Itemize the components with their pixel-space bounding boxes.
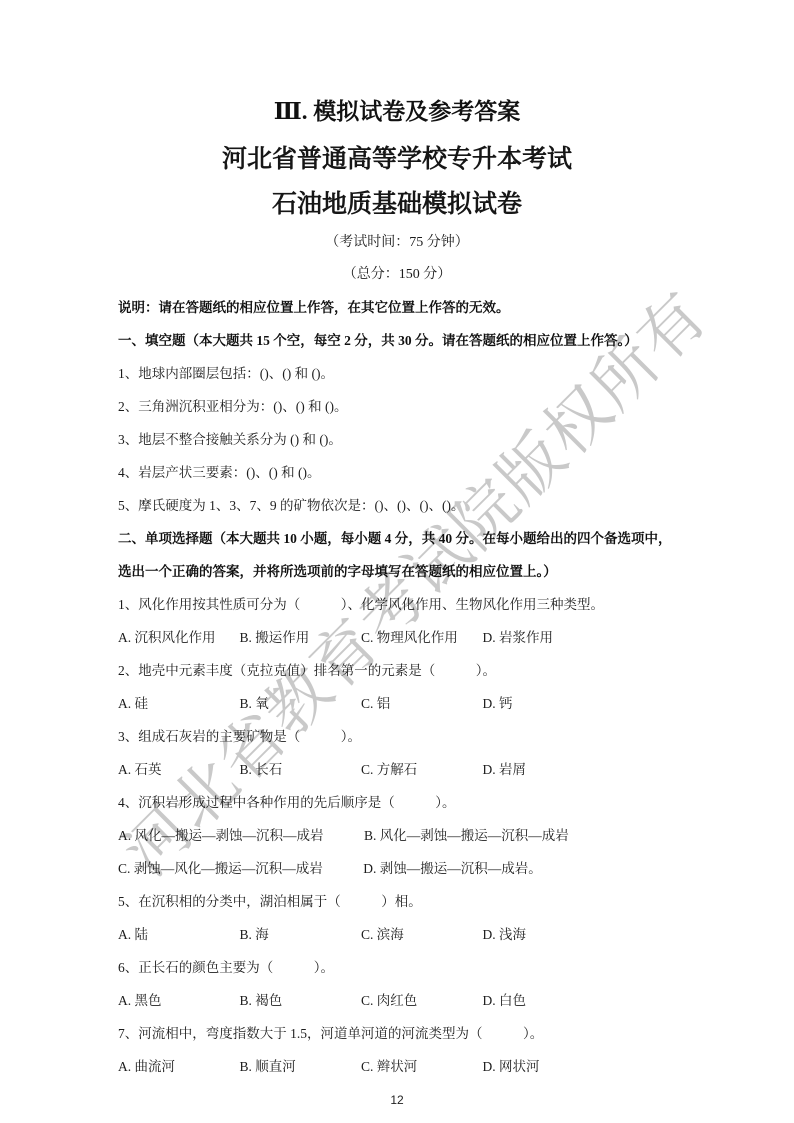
option: C. 肉红色 <box>361 984 469 1017</box>
exam-name: 河北省普通高等学校专升本考试 <box>118 144 676 174</box>
option: C. 辫状河 <box>361 1050 469 1083</box>
question-line: 1、地球内部圈层包括：()、() 和 ()。 <box>118 357 676 390</box>
option: A. 陆 <box>118 918 226 951</box>
option: A. 硅 <box>118 687 226 720</box>
option: A. 风化—搬运—剥蚀—沉积—成岩 <box>118 819 324 852</box>
option: C. 滨海 <box>361 918 469 951</box>
option: B. 长石 <box>240 753 348 786</box>
total-score: （总分：150 分） <box>118 265 676 285</box>
section-heading: 选出一个正确的答案，并将所选项前的字母填写在答题纸的相应位置上。） <box>118 555 676 588</box>
option: A. 曲流河 <box>118 1050 226 1083</box>
question-line: 6、正长石的颜色主要为（ ）。 <box>118 951 676 984</box>
options-row: C. 剥蚀—风化—搬运—沉积—成岩D. 剥蚀—搬运—沉积—成岩。 <box>118 852 676 885</box>
option: C. 方解石 <box>361 753 469 786</box>
option: B. 顺直河 <box>240 1050 348 1083</box>
option: B. 海 <box>240 918 348 951</box>
option: B. 风化—剥蚀—搬运—沉积—成岩 <box>364 819 569 852</box>
question-line: 2、三角洲沉积亚相分为：()、() 和 ()。 <box>118 390 676 423</box>
question-line: 4、沉积岩形成过程中各种作用的先后顺序是（ ）。 <box>118 786 676 819</box>
question-line: 7、河流相中，弯度指数大于 1.5，河道单河道的河流类型为（ ）。 <box>118 1017 676 1050</box>
option: D. 钙 <box>483 687 591 720</box>
question-line: 3、地层不整合接触关系分为 () 和 ()。 <box>118 423 676 456</box>
question-line: 1、风化作用按其性质可分为（ ）、化学风化作用、生物风化作用三种类型。 <box>118 588 676 621</box>
option: A. 沉积风化作用 <box>118 621 226 654</box>
section-heading: 二、单项选择题（本大题共 10 小题，每小题 4 分，共 40 分。在每小题给出… <box>118 522 676 555</box>
section-title: Ⅲ. 模拟试卷及参考答案 <box>118 0 676 126</box>
question-line: 4、岩层产状三要素：()、() 和 ()。 <box>118 456 676 489</box>
options-row: A. 风化—搬运—剥蚀—沉积—成岩B. 风化—剥蚀—搬运—沉积—成岩 <box>118 819 676 852</box>
options-row: A. 沉积风化作用B. 搬运作用C. 物理风化作用D. 岩浆作用 <box>118 621 676 654</box>
page-number: 12 <box>118 1093 676 1107</box>
option: C. 剥蚀—风化—搬运—沉积—成岩 <box>118 852 323 885</box>
option: D. 浅海 <box>483 918 591 951</box>
option: D. 岩屑 <box>483 753 591 786</box>
options-row: A. 石英B. 长石C. 方解石D. 岩屑 <box>118 753 676 786</box>
page-content: Ⅲ. 模拟试卷及参考答案 河北省普通高等学校专升本考试 石油地质基础模拟试卷 （… <box>0 0 794 1107</box>
paper-title: 石油地质基础模拟试卷 <box>118 189 676 219</box>
question-line: 3、组成石灰岩的主要矿物是（ ）。 <box>118 720 676 753</box>
options-row: A. 陆B. 海C. 滨海D. 浅海 <box>118 918 676 951</box>
option: D. 白色 <box>483 984 591 1017</box>
option: B. 氧 <box>240 687 348 720</box>
option: C. 物理风化作用 <box>361 621 469 654</box>
section-heading: 一、填空题（本大题共 15 个空，每空 2 分，共 30 分。请在答题纸的相应位… <box>118 324 676 357</box>
question-line: 5、摩氏硬度为 1、3、7、9 的矿物依次是：()、()、()、()。 <box>118 489 676 522</box>
option: D. 网状河 <box>483 1050 591 1083</box>
option: D. 岩浆作用 <box>483 621 591 654</box>
question-body: 说明：请在答题纸的相应位置上作答，在其它位置上作答的无效。一、填空题（本大题共 … <box>118 291 676 1083</box>
question-line: 2、地壳中元素丰度（克拉克值）排名第一的元素是（ ）。 <box>118 654 676 687</box>
exam-paper-page: 河北省教育考试院版权所有 Ⅲ. 模拟试卷及参考答案 河北省普通高等学校专升本考试… <box>0 0 794 1123</box>
option: A. 黑色 <box>118 984 226 1017</box>
option: D. 剥蚀—搬运—沉积—成岩。 <box>363 852 542 885</box>
option: B. 搬运作用 <box>240 621 348 654</box>
question-line: 5、在沉积相的分类中，湖泊相属于（ ）相。 <box>118 885 676 918</box>
options-row: A. 黑色B. 褐色C. 肉红色D. 白色 <box>118 984 676 1017</box>
option: A. 石英 <box>118 753 226 786</box>
options-row: A. 硅B. 氧C. 铝D. 钙 <box>118 687 676 720</box>
option: B. 褐色 <box>240 984 348 1017</box>
instruction-note: 说明：请在答题纸的相应位置上作答，在其它位置上作答的无效。 <box>118 291 676 324</box>
option: C. 铝 <box>361 687 469 720</box>
exam-time: （考试时间：75 分钟） <box>118 233 676 253</box>
options-row: A. 曲流河B. 顺直河C. 辫状河D. 网状河 <box>118 1050 676 1083</box>
